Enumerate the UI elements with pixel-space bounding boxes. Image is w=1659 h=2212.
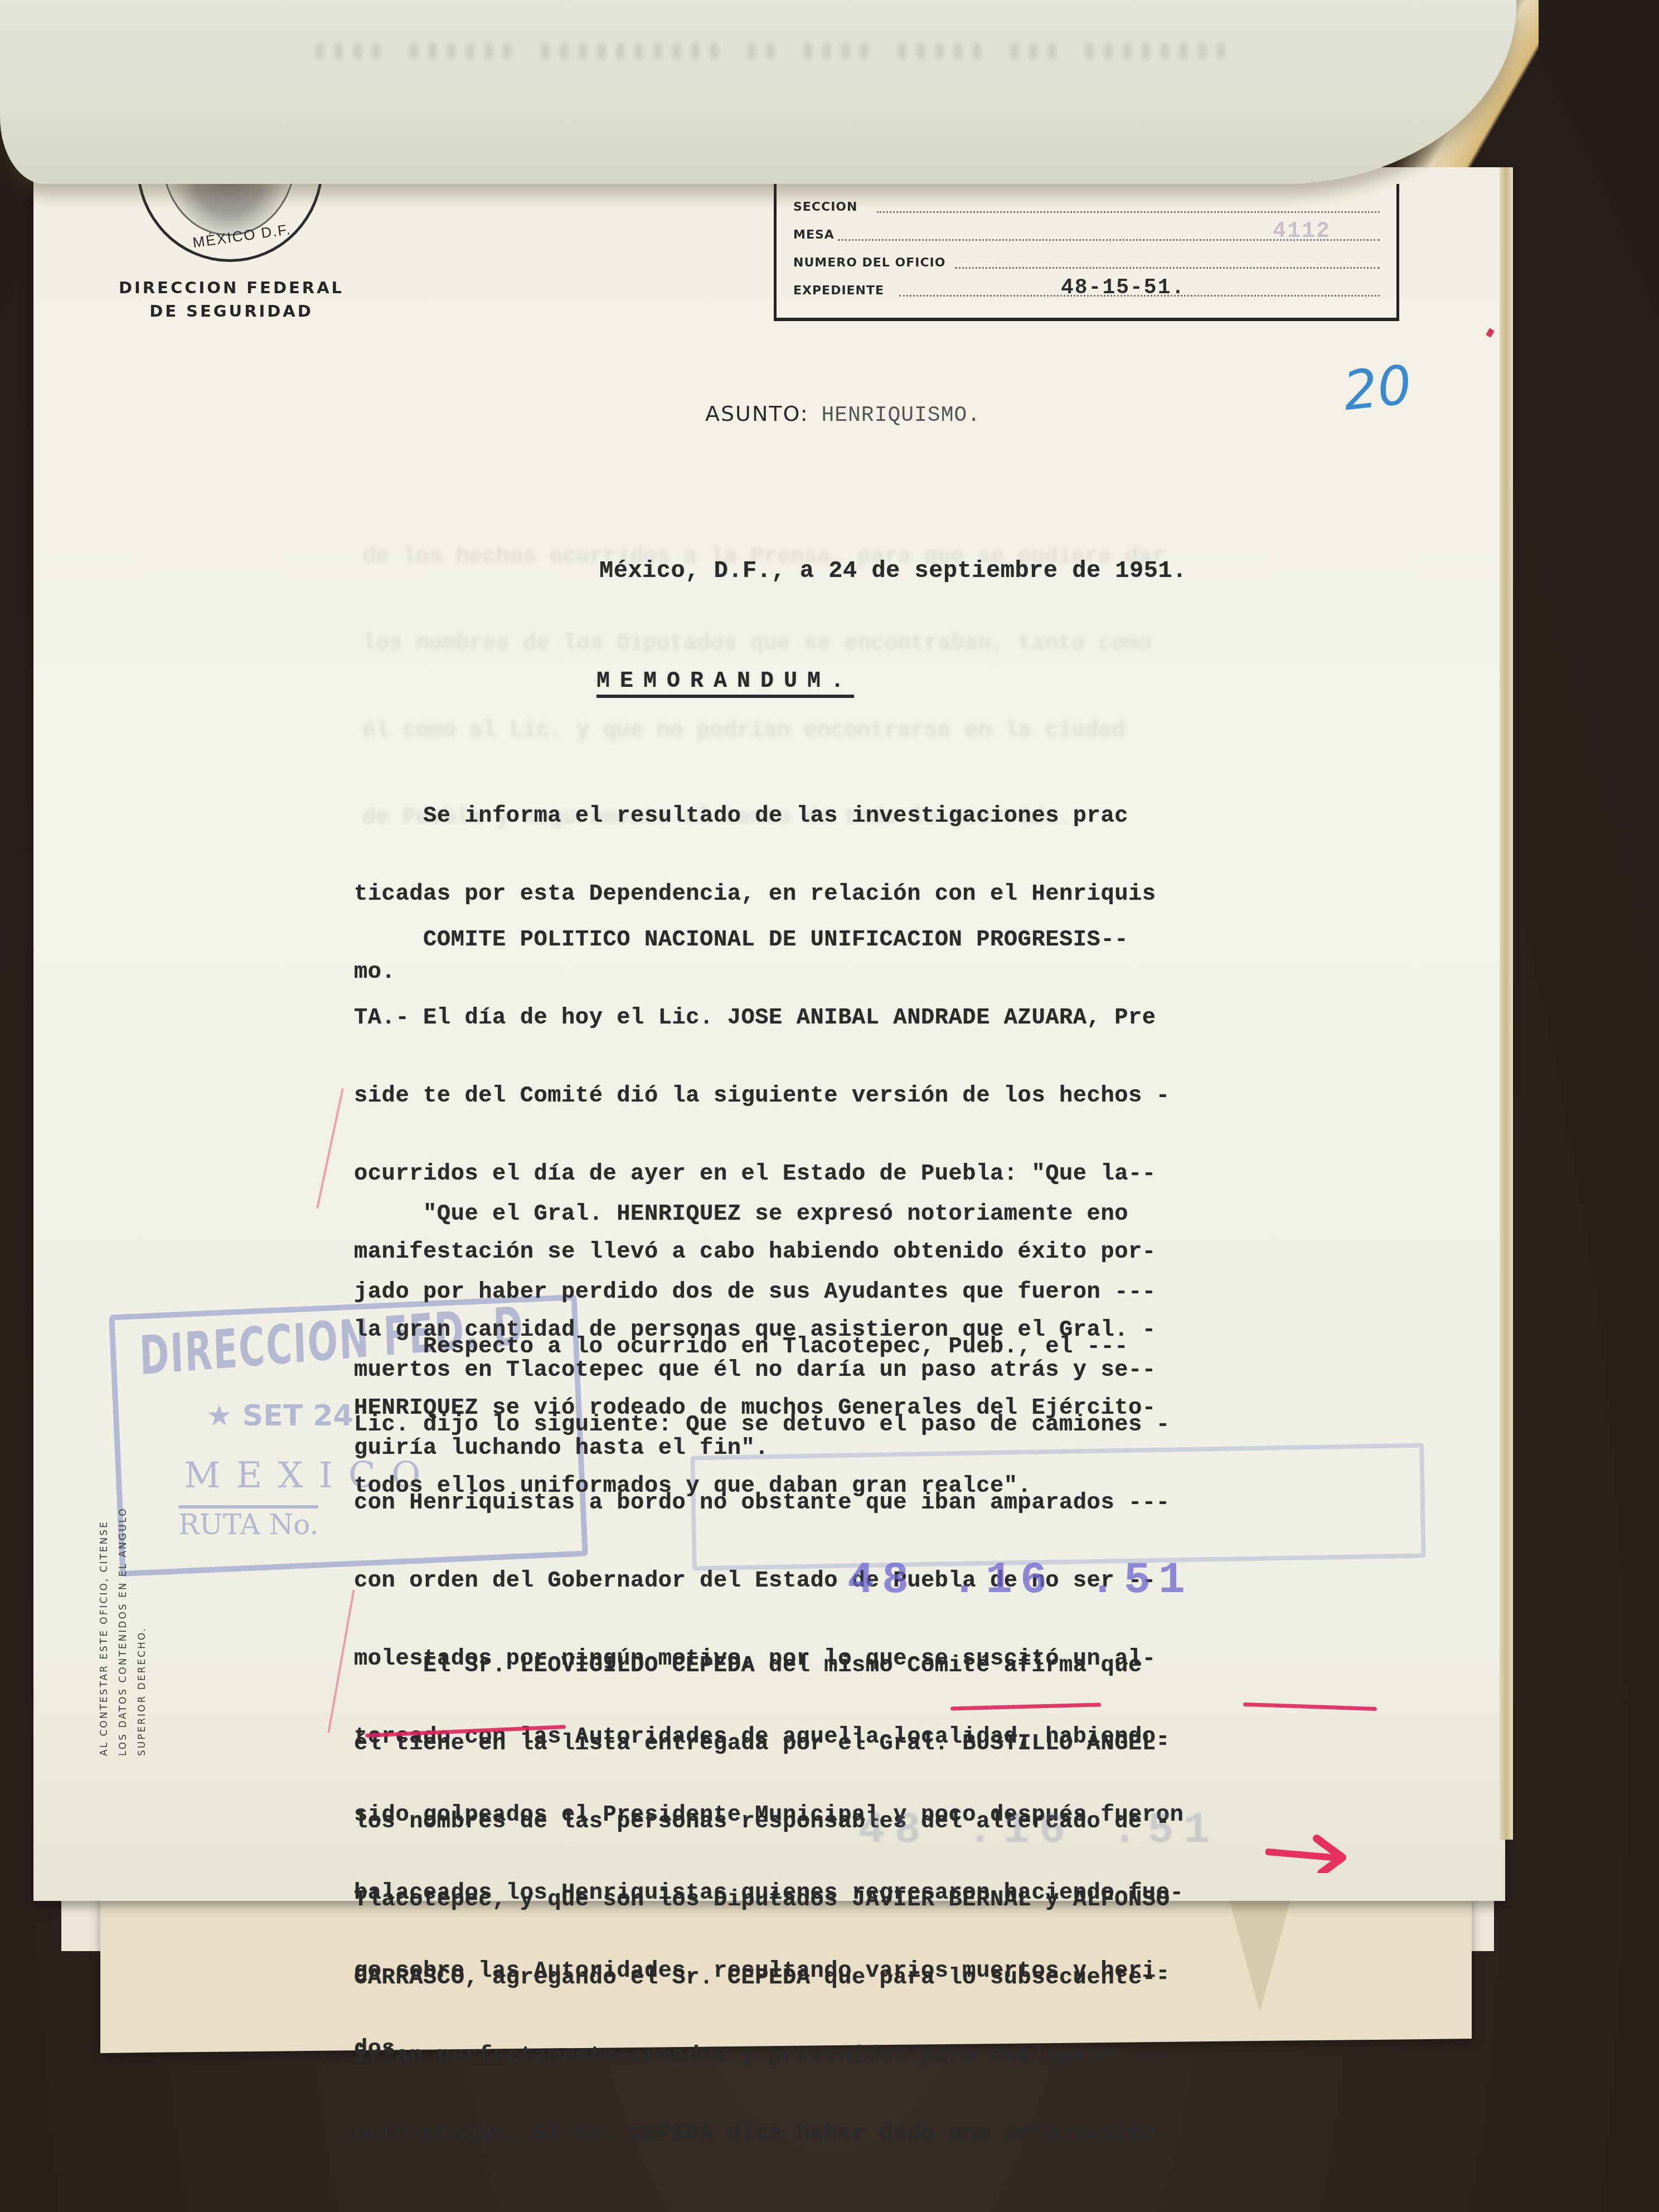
text-line: él tiene en la lista entregada por el Gr… (354, 1730, 1430, 1757)
text-line: side te del Comité dió la siguiente vers… (354, 1083, 1430, 1109)
form-row-mesa: MESA 4112 (793, 223, 1380, 245)
text-line: "Que el Gral. HENRIQUEZ se expresó notor… (354, 1201, 1430, 1228)
folded-page-ghost-text: ▮▮▮▮ ▮▮▮▮▮▮ ▮▮▮▮▮▮▮▮▮▮ ▮▮ ▮▮▮▮ ▮▮▮▮▮ ▮▮▮… (312, 33, 1371, 67)
subject-label: ASUNTO: (705, 401, 809, 426)
text-line: CARRASCO, agregando el Sr. CEPEDA que pa… (354, 1964, 1430, 1991)
text-line: Tlacotepec, y que son los Diputados JAVI… (354, 1886, 1430, 1913)
paragraph-cepeda: El Sr. LEOVIGILDO CEPEDA del mismo Comit… (354, 1601, 1430, 2173)
expediente-label: EXPEDIENTE (793, 284, 884, 298)
mesa-faint-value: 4112 (1273, 219, 1331, 244)
text-line: Lic. dijo lo siguiente: Que se detuvo el… (354, 1411, 1430, 1438)
file-number-stamp-bleed: 48 .16 .51 (858, 1806, 1220, 1855)
margin-instructions: AL CONTESTAR ESTE OFICIO, CITENSE LOS DA… (95, 1507, 152, 1756)
seccion-label: SECCION (793, 200, 857, 214)
expediente-value: 48-15-51. (1061, 276, 1185, 300)
page-stack-edge (1500, 167, 1513, 1840)
seccion-dotted-line (877, 211, 1380, 213)
agency-line-2: DE SEGURIDAD (109, 299, 354, 323)
reference-form-box: SECCION MESA 4112 NUMERO DEL OFICIO EXPE… (774, 184, 1399, 321)
mesa-label: MESA (793, 228, 835, 242)
red-arrow-icon (1265, 1834, 1349, 1873)
reception-stamp-route: RUTA No. (178, 1505, 318, 1541)
file-number-stamp: 48 .16 .51 (847, 1555, 1193, 1606)
text-line: TA.- El día de hoy el Lic. JOSE ANIBAL A… (354, 1005, 1430, 1031)
date-line: México, D.F., a 24 de septiembre de 1951… (599, 557, 1187, 584)
text-line: con Henriquistas a bordo no obstante que… (354, 1490, 1430, 1516)
form-row-expediente: EXPEDIENTE 48-15-51. (793, 279, 1380, 301)
margin-instructions-line-1: AL CONTESTAR ESTE OFICIO, CITENSE (95, 1507, 114, 1756)
form-row-seccion: SECCION (793, 195, 1380, 217)
agency-line-1: DIRECCION FEDERAL (109, 276, 354, 299)
folded-previous-page: ▮▮▮▮ ▮▮▮▮▮▮ ▮▮▮▮▮▮▮▮▮▮ ▮▮ ▮▮▮▮ ▮▮▮▮▮ ▮▮▮… (0, 0, 1516, 184)
numero-oficio-label: NUMERO DEL OFICIO (793, 256, 945, 270)
subject-value: HENRIQUISMO. (821, 404, 981, 428)
margin-instructions-line-3: SUPERIOR DERECHO. (133, 1507, 152, 1756)
numero-oficio-dotted-line (955, 267, 1380, 269)
text-line: El Sr. LEOVIGILDO CEPEDA del mismo Comit… (354, 1652, 1430, 1679)
margin-instructions-line-2: LOS DATOS CONTENIDOS EN EL ANGULO (114, 1507, 133, 1756)
text-line: Se informa el resultado de las investiga… (354, 803, 1430, 829)
subject-line: ASUNTO: HENRIQUISMO. (705, 401, 981, 428)
text-line: COMITE POLITICO NACIONAL DE UNIFICACION … (354, 926, 1430, 953)
text-line: Respecto a lo ocurrido en Tlacotepec, Pu… (354, 1333, 1430, 1360)
text-line: otro ataque. El Sr. CEPEDA dice haber da… (354, 2121, 1430, 2147)
handwritten-page-number: 20 (1340, 353, 1414, 423)
form-row-numero-oficio: NUMERO DEL OFICIO (793, 251, 1380, 273)
text-line: irían perfectamente armados y prevenidos… (354, 2043, 1430, 2069)
agency-name: DIRECCION FEDERAL DE SEGURIDAD (109, 276, 354, 323)
reception-stamp-date: ★ SET 24 (206, 1399, 353, 1433)
memorandum-title: MEMORANDUM. (596, 669, 854, 694)
